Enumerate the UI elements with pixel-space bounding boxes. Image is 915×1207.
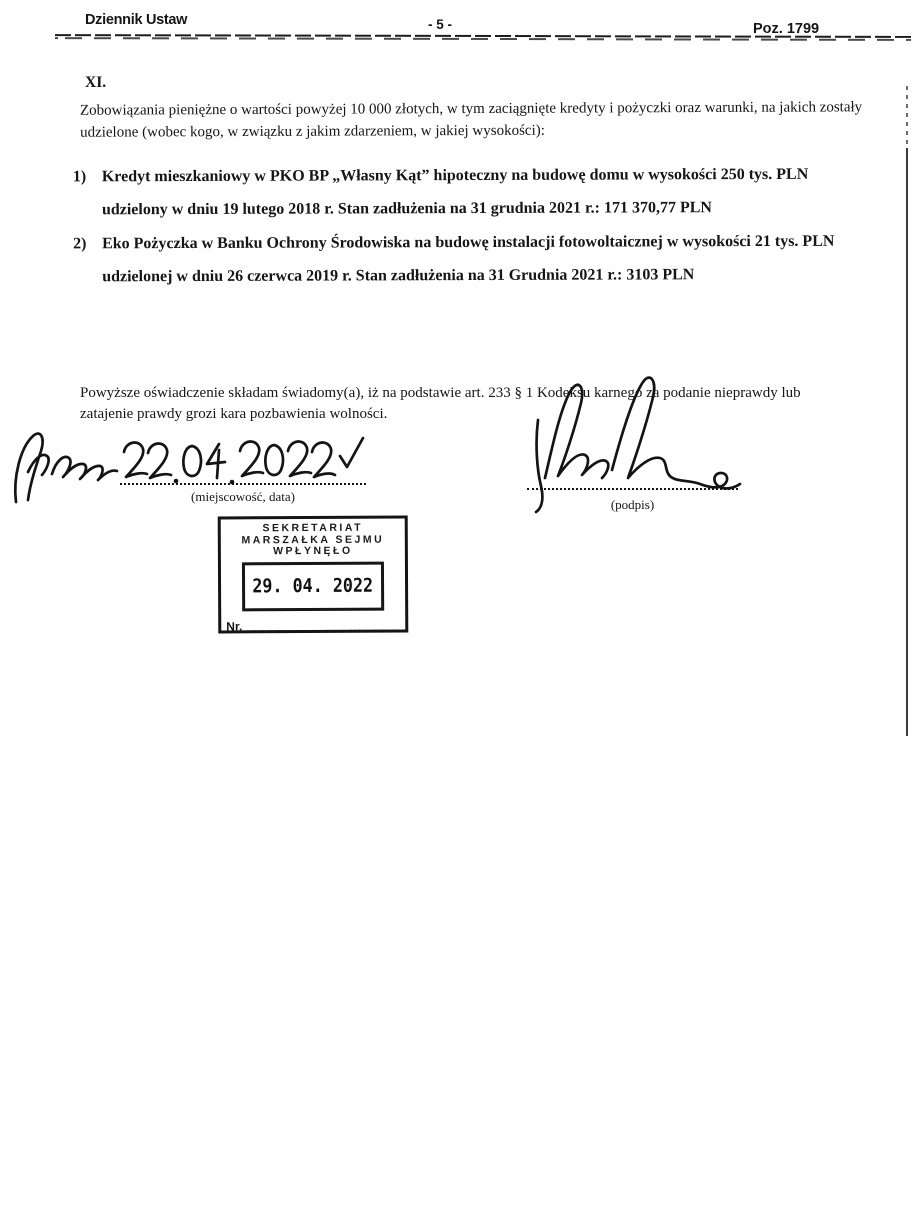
list-item-number: 2) <box>73 227 102 293</box>
scan-edge-line <box>906 148 908 736</box>
list-item: 1) Kredyt mieszkaniowy w PKO BP „Własny … <box>73 158 878 227</box>
page-number: - 5 - <box>400 17 480 32</box>
declaration-text: Powyższe oświadczenie składam świadomy(a… <box>80 383 838 424</box>
list-item-text: Kredyt mieszkaniowy w PKO BP „Własny Kąt… <box>102 158 878 227</box>
stamp-date: 29. 04. 2022 <box>253 575 374 598</box>
section-intro: Zobowiązania pieniężne o wartości powyże… <box>80 97 866 143</box>
journal-title: Dziennik Ustaw <box>85 12 187 28</box>
handwritten-date-text: Wawa 22.04.2022 ✓ <box>0 0 1 1</box>
signature-line <box>527 472 738 490</box>
list-item-text: Eko Pożyczka w Banku Ochrony Środowiska … <box>102 225 878 294</box>
list-item: 2) Eko Pożyczka w Banku Ochrony Środowis… <box>73 225 878 294</box>
place-date-label: (miejscowość, data) <box>118 489 368 505</box>
stamp-nr-row: Nr. <box>226 619 400 632</box>
scan-edge-line-dashed <box>906 86 908 148</box>
loan-list: 1) Kredyt mieszkaniowy w PKO BP „Własny … <box>73 158 878 295</box>
list-item-number: 1) <box>73 160 102 226</box>
registry-stamp: SEKRETARIAT MARSZAŁKA SEJMU WPŁYNĘŁO 29.… <box>218 516 409 634</box>
stamp-line-3: WPŁYNĘŁO <box>221 546 405 558</box>
place-date-line <box>120 467 366 485</box>
stamp-nr-label: Nr. <box>226 620 242 632</box>
handwritten-signature-text: podpis odręczny <box>0 0 1 1</box>
section-heading: XI. <box>85 74 106 92</box>
stamp-date-box: 29. 04. 2022 <box>242 561 384 611</box>
stamp-nr-dotted-line <box>243 619 400 632</box>
signature-label: (podpis) <box>527 497 738 513</box>
header-rule <box>55 34 911 41</box>
